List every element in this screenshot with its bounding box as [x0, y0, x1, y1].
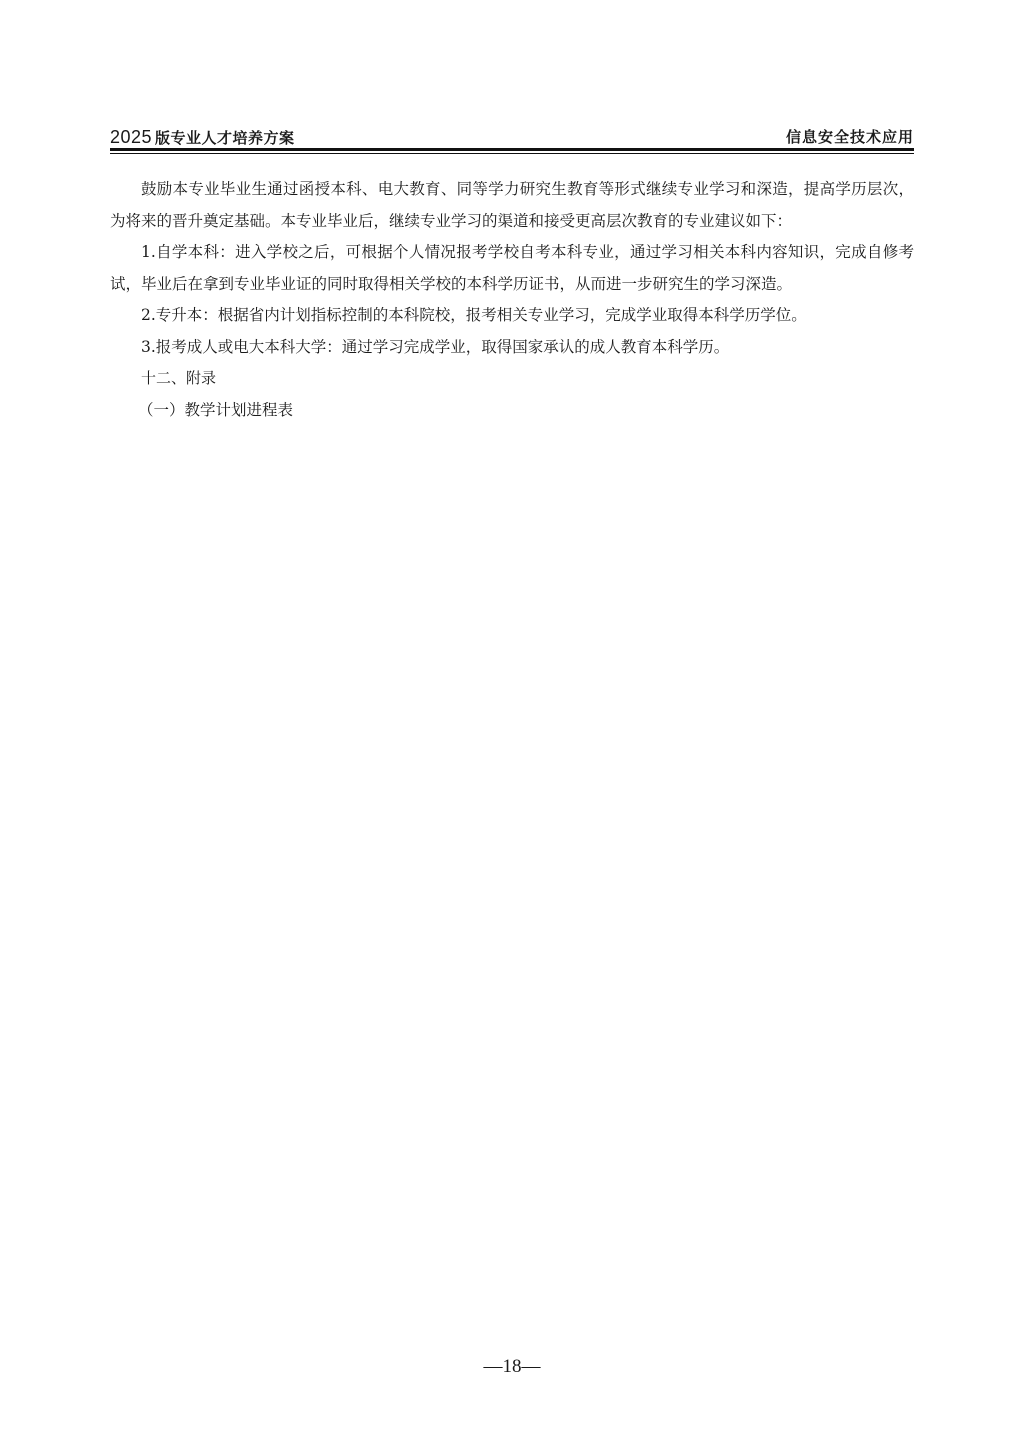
intro-paragraph: 鼓励本专业毕业生通过函授本科、电大教育、同等学力研究生教育等形式继续专业学习和深… — [110, 174, 914, 237]
page-header: 2025版专业人才培养方案 信息安全技术应用 — [110, 126, 914, 148]
list-item: 1.自学本科：进入学校之后，可根据个人情况报考学校自考本科专业，通过学习相关本科… — [110, 237, 914, 300]
list-item: 2.专升本：根据省内计划指标控制的本科院校，报考相关专业学习，完成学业取得本科学… — [110, 300, 914, 332]
header-year: 2025 — [110, 127, 152, 147]
subsection-heading: （一）教学计划进程表 — [110, 395, 914, 427]
section-heading: 十二、附录 — [110, 363, 914, 395]
header-rule-thin — [110, 153, 914, 154]
page-number: —18— — [0, 1356, 1024, 1378]
header-left-title: 版专业人才培养方案 — [155, 129, 295, 147]
header-right-title: 信息安全技术应用 — [786, 126, 914, 148]
header-rule-thick — [110, 148, 914, 151]
header-left: 2025版专业人才培养方案 — [110, 126, 295, 149]
list-item: 3.报考成人或电大本科大学：通过学习完成学业，取得国家承认的成人教育本科学历。 — [110, 332, 914, 364]
document-body: 鼓励本专业毕业生通过函授本科、电大教育、同等学力研究生教育等形式继续专业学习和深… — [110, 174, 914, 426]
